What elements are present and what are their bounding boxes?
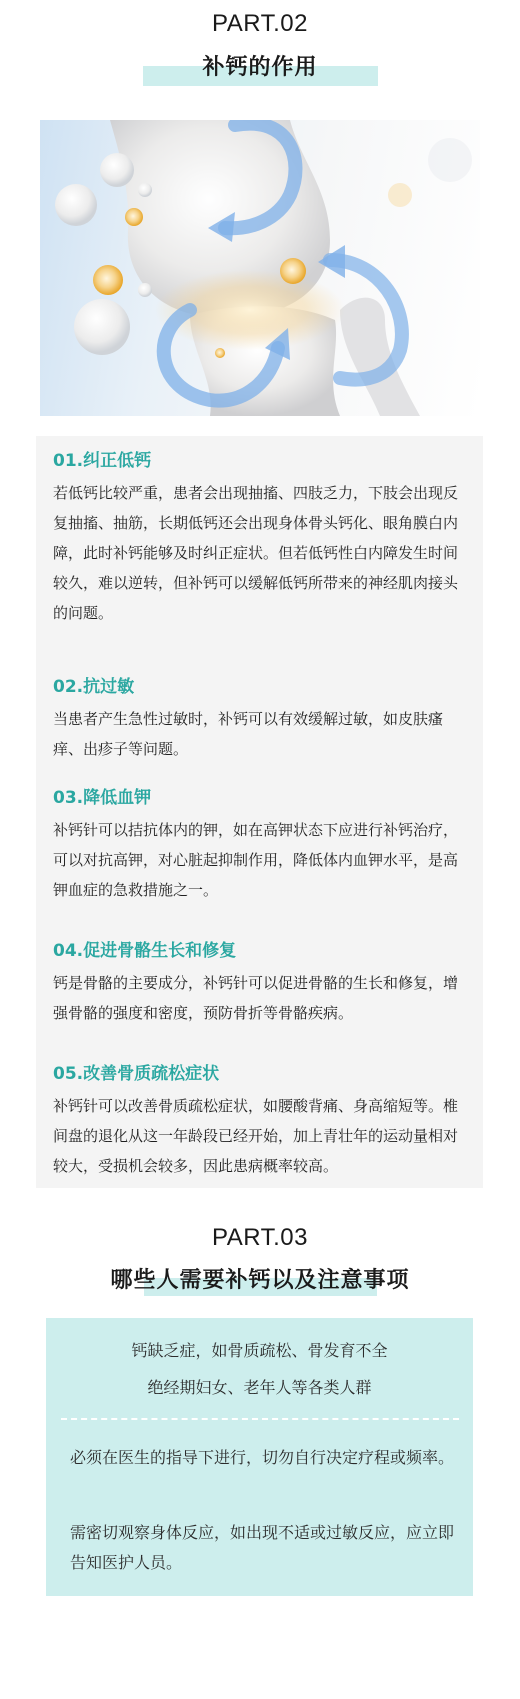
effect-body: 若低钙比较严重，患者会出现抽搐、四肢乏力，下肢会出现反复抽搐、抽筋，长期低钙还会… bbox=[53, 478, 469, 628]
effect-title: 03.降低血钾 bbox=[53, 785, 469, 811]
effect-item-1: 01.纠正低钙 若低钙比较严重，患者会出现抽搐、四肢乏力，下肢会出现反复抽搐、抽… bbox=[53, 448, 469, 628]
target-group-line: 钙缺乏症，如骨质疏松、骨发育不全 bbox=[46, 1338, 473, 1361]
effect-item-5: 05.改善骨质疏松症状 补钙针可以改善骨质疏松症状，如腰酸背痛、身高缩短等。椎间… bbox=[53, 1061, 469, 1181]
part-03-label: PART.03 bbox=[0, 1224, 520, 1252]
section-title-who-needs-calcium: 哪些人需要补钙以及注意事项 bbox=[110, 1263, 409, 1294]
dashed-divider bbox=[61, 1418, 459, 1420]
precaution-note: 需密切观察身体反应，如出现不适或过敏反应，应立即告知医护人员。 bbox=[70, 1518, 455, 1578]
effect-title: 05.改善骨质疏松症状 bbox=[53, 1061, 469, 1087]
effect-body: 补钙针可以拮抗体内的钾，如在高钾状态下应进行补钙治疗，可以对抗高钾，对心脏起抑制… bbox=[53, 815, 469, 905]
target-group-line: 绝经期妇女、老年人等各类人群 bbox=[46, 1375, 473, 1398]
effect-title: 01.纠正低钙 bbox=[53, 448, 469, 474]
knee-joint-illustration bbox=[40, 120, 480, 416]
effect-body: 当患者产生急性过敏时，补钙可以有效缓解过敏，如皮肤瘙痒、出疹子等问题。 bbox=[53, 704, 469, 764]
calcium-effects-panel: 01.纠正低钙 若低钙比较严重，患者会出现抽搐、四肢乏力，下肢会出现反复抽搐、抽… bbox=[36, 436, 483, 1188]
effect-body: 补钙针可以改善骨质疏松症状，如腰酸背痛、身高缩短等。椎间盘的退化从这一年龄段已经… bbox=[53, 1091, 469, 1181]
precaution-note: 必须在医生的指导下进行，切勿自行决定疗程或频率。 bbox=[70, 1443, 455, 1473]
effect-item-2: 02.抗过敏 当患者产生急性过敏时，补钙可以有效缓解过敏，如皮肤瘙痒、出疹子等问… bbox=[53, 674, 469, 764]
effect-title: 02.抗过敏 bbox=[53, 674, 469, 700]
effect-item-3: 03.降低血钾 补钙针可以拮抗体内的钾，如在高钾状态下应进行补钙治疗，可以对抗高… bbox=[53, 785, 469, 905]
section-title-calcium-effects: 补钙的作用 bbox=[202, 50, 317, 81]
effect-title: 04.促进骨骼生长和修复 bbox=[53, 938, 469, 964]
effect-item-4: 04.促进骨骼生长和修复 钙是骨骼的主要成分，补钙针可以促进骨骼的生长和修复，增… bbox=[53, 938, 469, 1028]
effect-body: 钙是骨骼的主要成分，补钙针可以促进骨骼的生长和修复，增强骨骼的强度和密度，预防骨… bbox=[53, 968, 469, 1028]
part-02-label: PART.02 bbox=[0, 10, 520, 38]
precautions-box: 钙缺乏症，如骨质疏松、骨发育不全 绝经期妇女、老年人等各类人群 必须在医生的指导… bbox=[46, 1318, 473, 1596]
